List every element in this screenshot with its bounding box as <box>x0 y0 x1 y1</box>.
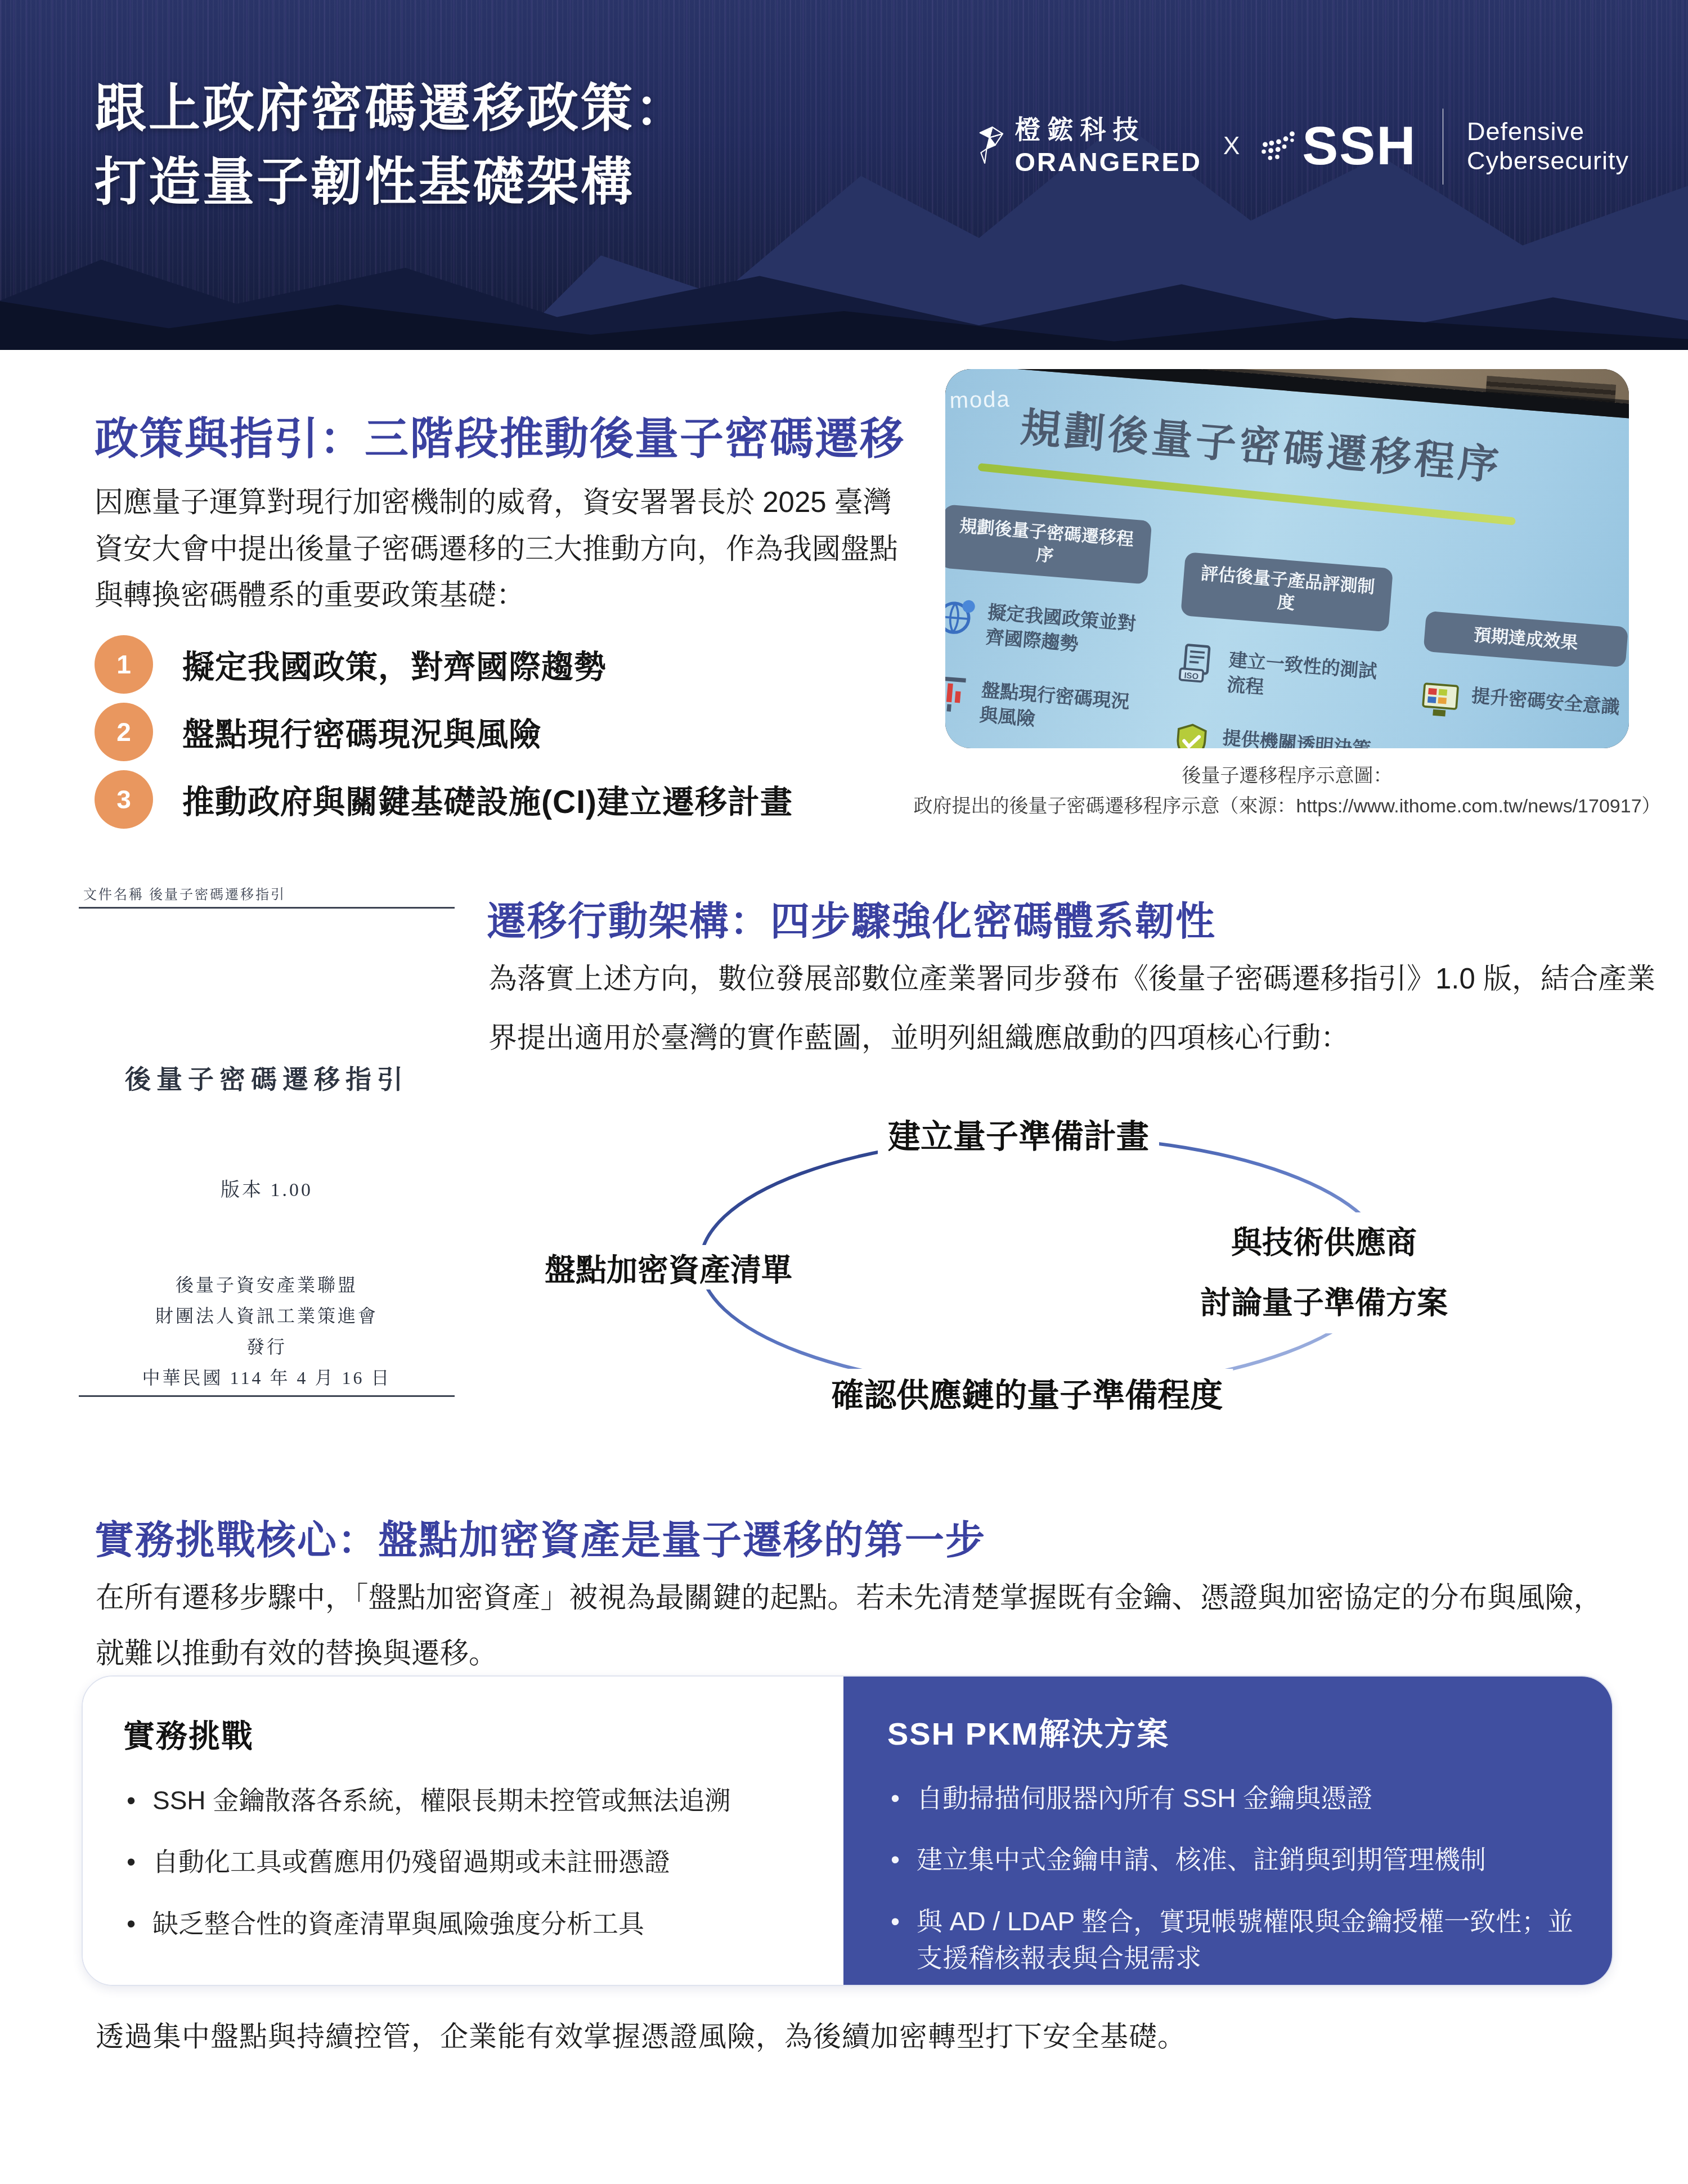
document-publisher-line3: 發行 <box>66 1332 467 1363</box>
policy-item-3: 3 推動政府與關鍵基礎設施(CI)建立遷移計畫 <box>95 766 939 833</box>
bar-chart-icon <box>945 671 973 716</box>
ssh-dots-icon <box>1261 110 1296 183</box>
document-bottom-rule <box>79 1395 455 1397</box>
slide-col3-item2: 政策與制度接軌 <box>1412 744 1618 748</box>
diagram-step-bottom: 確認供應鏈的量子準備程度 <box>821 1369 1233 1416</box>
document-date: 中華民國 114 年 4 月 16 日 <box>66 1363 467 1394</box>
document-title: 後量子密碼遷移指引 <box>66 1059 467 1096</box>
slide-col1-item2: 盤點現行密碼現況與風險 <box>945 671 1139 740</box>
photo-caption-line2: 政府提出的後量子密碼遷移程序示意（來源：https://www.ithome.c… <box>909 791 1665 821</box>
brand-separator: X <box>1223 132 1240 160</box>
four-step-cycle-diagram: 建立量子準備計畫 盤點加密資產清單 與技術供應商 討論量子準備方案 確認供應鏈的… <box>535 1100 1536 1426</box>
document-header-label: 文件名稱 後量子密碼遷移指引 <box>83 883 286 903</box>
page-title: 跟上政府密碼遷移政策： 打造量子韌性基礎架構 <box>95 72 689 219</box>
challenges-list: SSH 金鑰散落各系統，權限長期未控管或無法追溯 自動化工具或舊應用仍殘留過期或… <box>123 1782 810 1942</box>
policy-item-2: 2 盤點現行密碼現況與風險 <box>95 699 939 765</box>
slide-col3-item1: 提升密碼安全意識 <box>1418 677 1623 735</box>
policy-item-3-number: 3 <box>95 770 153 829</box>
challenge-item-2: 自動化工具或舊應用仍殘留過期或未註冊憑證 <box>123 1844 810 1880</box>
policy-item-3-label: 推動政府與關鍵基礎設施(CI)建立遷移計畫 <box>182 776 793 823</box>
policy-item-2-number: 2 <box>95 703 153 761</box>
iso-document-icon: ISO <box>1175 641 1220 686</box>
orangered-chinese-name: 橙鋐科技 <box>1014 114 1202 146</box>
awareness-screen-icon <box>1418 677 1463 722</box>
solution-list: 自動掃描伺服器內所有 SSH 金鑰與憑證 建立集中式金鑰申請、核准、註銷與到期管… <box>887 1780 1578 1976</box>
document-version: 版本 1.00 <box>66 1174 467 1202</box>
challenge-item-3: 缺乏整合性的資產清單與風險強度分析工具 <box>123 1906 810 1942</box>
slide-column-1-header: 規劃後量子密碼遷移程序 <box>945 504 1152 584</box>
conference-slide-photo: moda 規劃後量子密碼遷移程序 規劃後量子密碼遷移程序 擬定我國政策並對齊國際… <box>945 369 1629 748</box>
policy-item-1-label: 擬定我國政策，對齊國際趨勢 <box>182 641 607 687</box>
solution-card: SSH PKM解決方案 自動掃描伺服器內所有 SSH 金鑰與憑證 建立集中式金鑰… <box>843 1677 1612 1985</box>
page-title-line2: 打造量子韌性基礎架構 <box>95 146 689 219</box>
slide-column-3: 預期達成效果 提升密碼安全意識 政策與制度接軌 <box>1412 611 1628 748</box>
solution-item-1: 自動掃描伺服器內所有 SSH 金鑰與憑證 <box>887 1780 1578 1817</box>
challenges-card-heading: 實務挑戰 <box>123 1711 810 1756</box>
slide-column-1: 規劃後量子密碼遷移程序 擬定我國政策並對齊國際趨勢 盤點現行密碼現況與風險 <box>945 504 1152 740</box>
policy-item-1: 1 擬定我國政策，對齊國際趨勢 <box>95 631 939 698</box>
slide-col1-item1: 擬定我國政策並對齊國際趨勢 <box>945 593 1145 662</box>
challenge-item-1: SSH 金鑰散落各系統，權限長期未控管或無法追溯 <box>123 1782 810 1819</box>
migration-section-heading: 遷移行動架構：四步驟強化密碼體系韌性 <box>487 890 1216 947</box>
brand-divider <box>1443 109 1443 185</box>
globe-icon <box>945 593 979 638</box>
closing-statement: 透過集中盤點與持續控管，企業能有效掌握憑證風險，為後續加密轉型打下安全基礎。 <box>96 2014 1559 2055</box>
document-publisher-line1: 後量子資安產業聯盟 <box>66 1270 467 1301</box>
document-publisher-line2: 財團法人資訊工業策進會 <box>66 1301 467 1332</box>
photo-caption: 後量子遷移程序示意圖： 政府提出的後量子密碼遷移程序示意（來源：https://… <box>909 761 1665 822</box>
challenges-card: 實務挑戰 SSH 金鑰散落各系統，權限長期未控管或無法追溯 自動化工具或舊應用仍… <box>83 1677 843 1985</box>
page-title-line1: 跟上政府密碼遷移政策： <box>95 72 689 146</box>
slide-column-2-header: 評估後量子產品評測制度 <box>1180 552 1393 632</box>
solution-item-3: 與 AD / LDAP 整合，實現帳號權限與金鑰授權一致性；並支援稽核報表與合規… <box>887 1903 1578 1977</box>
challenge-section-heading: 實務挑戰核心：盤點加密資產是量子遷移的第一步 <box>95 1509 986 1566</box>
svg-text:ISO: ISO <box>1184 671 1199 681</box>
document-publisher: 後量子資安產業聯盟 財團法人資訊工業策進會 發行 中華民國 114 年 4 月 … <box>66 1270 467 1394</box>
diagram-step-top: 建立量子準備計畫 <box>878 1110 1159 1157</box>
diagram-step-right: 與技術供應商 討論量子準備方案 <box>1190 1212 1458 1333</box>
policy-head-icon <box>1412 744 1457 748</box>
slide-col2-item2: 提供機關透明決策依據 <box>1168 719 1380 748</box>
photo-caption-line1: 後量子遷移程序示意圖： <box>909 761 1665 791</box>
policy-item-2-label: 盤點現行密碼現況與風險 <box>182 709 541 755</box>
moda-logo: moda <box>949 387 1011 414</box>
hero-banner: 跟上政府密碼遷移政策： 打造量子韌性基礎架構 橙鋐科技 ORANGERED X <box>0 0 1688 350</box>
challenge-solution-panel: 實務挑戰 SSH 金鑰散落各系統，權限長期未控管或無法追溯 自動化工具或舊應用仍… <box>82 1675 1613 1986</box>
migration-section-body: 為落實上述方向，數位發展部數位產業署同步發布《後量子密碼遷移指引》1.0 版，結… <box>488 950 1659 1067</box>
slide-column-2: 評估後量子產品評測制度 ISO 建立一致性的測試流程 提供機關透明決策依據 <box>1168 552 1393 748</box>
guide-document-cover: 文件名稱 後量子密碼遷移指引 後量子密碼遷移指引 版本 1.00 後量子資安產業… <box>66 868 467 1410</box>
projected-slide: moda 規劃後量子密碼遷移程序 規劃後量子密碼遷移程序 擬定我國政策並對齊國際… <box>945 369 1629 748</box>
policy-section-heading: 政策與指引：三階段推動後量子密碼遷移 <box>95 404 905 467</box>
orangered-wordmark: 橙鋐科技 ORANGERED <box>1014 114 1202 179</box>
shield-check-icon <box>1169 719 1214 748</box>
solution-card-heading: SSH PKM解決方案 <box>887 1709 1578 1754</box>
slide-column-3-header: 預期達成效果 <box>1423 611 1628 668</box>
challenge-section-body: 在所有遷移步驟中，「盤點加密資產」被視為最關鍵的起點。若未先清楚掌握既有金鑰、憑… <box>96 1570 1615 1682</box>
orangered-english-name: ORANGERED <box>1014 146 1202 179</box>
orangered-paper-plane-icon <box>976 98 1004 194</box>
ssh-wordmark: SSH <box>1302 115 1416 177</box>
solution-item-2: 建立集中式金鑰申請、核准、註銷與到期管理機制 <box>887 1841 1578 1878</box>
ssh-tagline: Defensive Cybersecurity <box>1467 117 1629 176</box>
brand-lockup: 橙鋐科技 ORANGERED X SSH Defensive Cybersecu… <box>976 90 1629 203</box>
policy-item-1-number: 1 <box>95 635 153 694</box>
slide-col2-item1: ISO 建立一致性的測試流程 <box>1174 641 1386 709</box>
diagram-step-left: 盤點加密資產清單 <box>535 1245 802 1289</box>
document-top-rule <box>79 907 455 909</box>
policy-section-body: 因應量子運算對現行加密機制的威脅，資安署署長於 2025 臺灣資安大會中提出後量… <box>95 479 916 619</box>
